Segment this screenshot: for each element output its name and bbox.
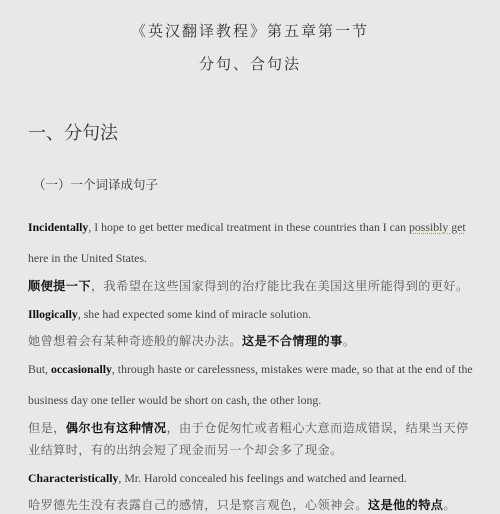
example-1-chinese: 顺便提一下，我希望在这些国家得到的治疗能比我在美国这里所能得到的更好。 xyxy=(28,277,469,294)
example-2-keyword: Illogically xyxy=(28,307,78,321)
example-4-zh-keyword: 这是他的特点 xyxy=(368,498,444,512)
example-2-english: Illogically, she had expected some kind … xyxy=(28,307,311,322)
example-4-chinese: 哈罗德先生没有表露自己的感情，只是察言观色，心领神会。这是他的特点。 xyxy=(28,496,456,513)
example-1-zh-keyword: 顺便提一下 xyxy=(28,279,91,293)
example-3-english-line-1: But, occasionally, through haste or care… xyxy=(28,362,473,377)
example-3-keyword: occasionally xyxy=(51,362,112,376)
subsection-heading: （一）一个词译成句子 xyxy=(33,175,158,193)
example-2-chinese: 她曾想着会有某种奇迹般的解决办法。这是不合情理的事。 xyxy=(28,332,355,349)
example-3-chinese-line-2: 业结算时，有的出纳会短了现金而另一个却会多了现金。 xyxy=(28,441,343,458)
example-4-keyword: Characteristically xyxy=(28,471,118,485)
document-title: 《英汉翻译教程》第五章第一节 xyxy=(0,20,500,41)
example-1-english-line-2: here in the United States. xyxy=(28,251,147,266)
section-heading: 一、分句法 xyxy=(28,119,118,145)
example-3-chinese-line-1: 但是，偶尔也有这种情况，由于仓促匆忙或者粗心大意而造成错误，结果当天停 xyxy=(28,419,469,436)
example-3-english-line-2: business day one teller would be short o… xyxy=(28,393,321,408)
example-1-english-line-1: Incidentally, I hope to get better medic… xyxy=(28,220,466,235)
example-4-english: Characteristically, Mr. Harold concealed… xyxy=(28,471,407,486)
document-subtitle: 分句、合句法 xyxy=(0,53,500,74)
example-2-zh-keyword: 这是不合情理的事 xyxy=(242,334,343,348)
document-page: 《英汉翻译教程》第五章第一节 分句、合句法 一、分句法 （一）一个词译成句子 I… xyxy=(0,0,500,514)
spellcheck-flagged-text[interactable]: possibly get xyxy=(409,220,466,234)
example-1-keyword: Incidentally xyxy=(28,220,88,234)
example-3-zh-keyword: 偶尔也有这种情况 xyxy=(66,421,167,435)
